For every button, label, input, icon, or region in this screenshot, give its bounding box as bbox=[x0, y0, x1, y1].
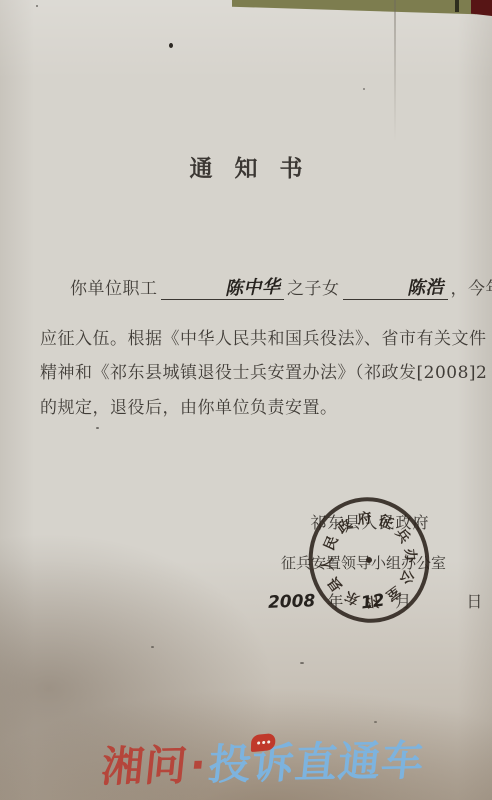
child-name-blank: 陈浩 bbox=[343, 279, 448, 300]
paper-speck bbox=[374, 721, 377, 723]
watermark-separator: · bbox=[188, 742, 210, 788]
body-mid-text: 之子女 bbox=[287, 279, 340, 299]
child-name-handwritten: 陈浩 bbox=[376, 278, 444, 300]
watermark-logo: 湘问 · 投诉直通车 bbox=[99, 738, 426, 791]
watermark-brand: 湘问 bbox=[99, 743, 190, 791]
paper-speck bbox=[96, 427, 99, 429]
document-photo: 通知书 你单位职工陈中华之子女陈浩，今年响应国家号召 应征入伍。根据《中华人民共… bbox=[0, 0, 492, 800]
paper-speck bbox=[151, 646, 154, 648]
paper-speck bbox=[169, 43, 173, 48]
body-lead-text: 你单位职工 bbox=[70, 279, 158, 299]
paper-crease bbox=[394, 0, 396, 142]
watermark-service: 投诉直通车 bbox=[207, 738, 427, 788]
parent-name-blank: 陈中华 bbox=[161, 279, 285, 300]
paper-speck bbox=[363, 88, 365, 90]
paper-speck bbox=[36, 5, 38, 7]
date-year-handwritten: 2008 bbox=[268, 591, 316, 613]
background-table-edge-line bbox=[455, 0, 459, 12]
parent-name-handwritten: 陈中华 bbox=[194, 278, 280, 301]
background-table-edge bbox=[232, 0, 476, 15]
official-round-seal: 祁东县人民政府征兵办公室 bbox=[292, 482, 445, 639]
background-red-corner bbox=[471, 0, 492, 16]
body-line1-rest: ，今年响应国家号召 bbox=[451, 279, 492, 299]
watermark-service-text: 投诉直通车 bbox=[206, 736, 427, 789]
body-line-1: 你单位职工陈中华之子女陈浩，今年响应国家号召 bbox=[40, 274, 470, 300]
date-day-unit: 日 bbox=[466, 592, 482, 611]
paper-speck bbox=[300, 662, 304, 664]
body-line-4: 的规定，退役后，由你单位负责安置。 bbox=[40, 393, 470, 418]
notice-title: 通知书 bbox=[0, 150, 492, 183]
seal-center-mark bbox=[365, 556, 373, 564]
body-line-3: 精神和《祁东县城镇退役士兵安置办法》（祁政发[2008]2 号） bbox=[40, 358, 470, 383]
body-line-2: 应征入伍。根据《中华人民共和国兵役法》、省市有关文件 bbox=[40, 324, 470, 349]
